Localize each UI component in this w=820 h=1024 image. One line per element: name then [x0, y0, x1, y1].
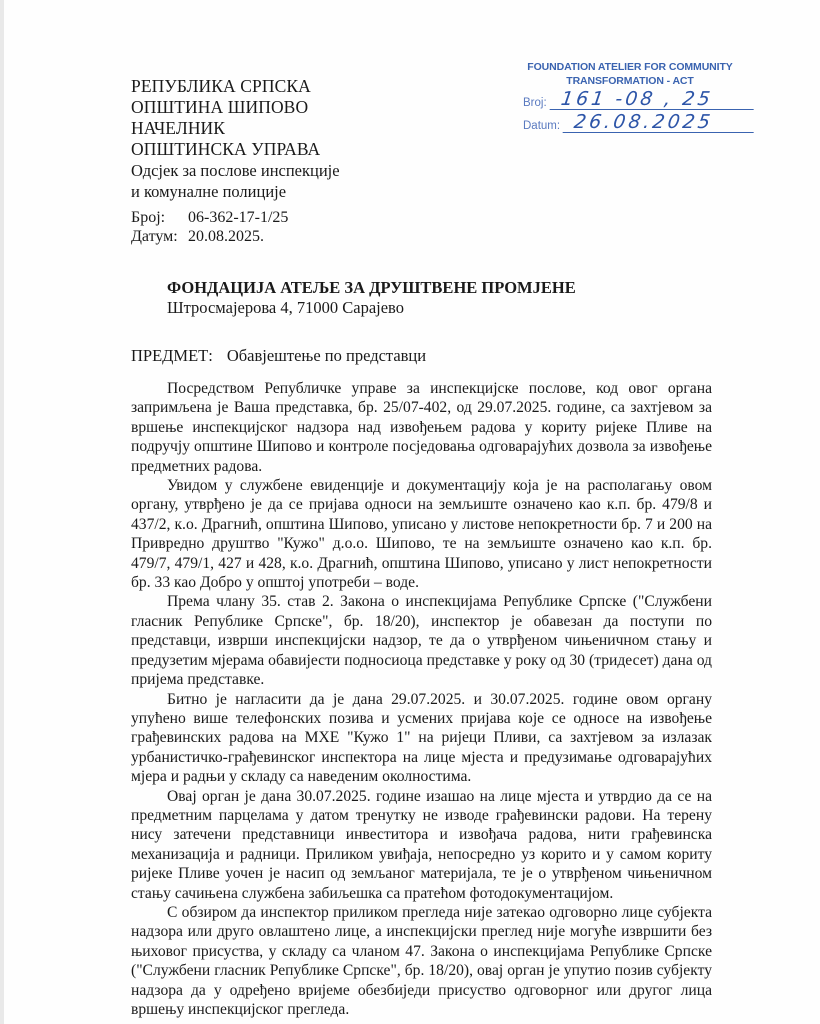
document-references: Број: 06-362-17-1/25 Датум: 20.08.2025. — [131, 208, 288, 246]
reference-number: 06-362-17-1/25 — [188, 208, 288, 227]
letterhead-line: ОПШТИНСКА УПРАВА — [131, 139, 340, 160]
letterhead-line: НАЧЕЛНИК — [131, 118, 340, 139]
stamp-number-handwritten: 161 -08 , 25 — [549, 90, 756, 110]
recipient-block: ФОНДАЦИЈА АТЕЉЕ ЗА ДРУШТВЕНЕ ПРОМЈЕНЕ Шт… — [167, 278, 576, 318]
body-paragraph: Посредством Републичке управе за инспекц… — [131, 379, 712, 476]
stamp-date-handwritten: 26.08.2025 — [563, 113, 757, 133]
reference-number-label: Број: — [131, 208, 188, 227]
body-paragraph: С обзиром да инспектор приликом прегледа… — [131, 903, 712, 1019]
letterhead-line: РЕПУБЛИКА СРПСКА — [131, 76, 340, 97]
receipt-stamp: FOUNDATION ATELIER FOR COMMUNITY TRANSFO… — [505, 60, 755, 133]
reference-date: 20.08.2025. — [188, 227, 264, 246]
body-paragraph: Овај орган је дана 30.07.2025. године из… — [131, 787, 712, 903]
stamp-date-label: Datum: — [523, 120, 560, 133]
stamp-number-label: Broj: — [523, 97, 547, 110]
subject-label: ПРЕДМЕТ: — [131, 346, 213, 366]
stamp-organization: FOUNDATION ATELIER FOR COMMUNITY — [505, 60, 755, 74]
letterhead-department: Одсјек за послове инспекције — [131, 160, 340, 181]
stamp-date-field: Datum: 26.08.2025 — [523, 111, 755, 133]
document-page: РЕПУБЛИКА СРПСКА ОПШТИНА ШИПОВО НАЧЕЛНИК… — [0, 0, 820, 1024]
recipient-address: Штросмајерова 4, 71000 Сарајево — [167, 298, 576, 318]
letterhead-line: ОПШТИНА ШИПОВО — [131, 97, 340, 118]
body-paragraph: Према члану 35. став 2. Закона о инспекц… — [131, 592, 712, 689]
stamp-number-field: Broj: 161 -08 , 25 — [523, 88, 755, 110]
stamp-organization: TRANSFORMATION - ACT — [505, 74, 755, 88]
letterhead-department: и комуналне полиције — [131, 181, 340, 202]
body-paragraph: Битно је нагласити да је дана 29.07.2025… — [131, 690, 712, 787]
letter-body: Посредством Републичке управе за инспекц… — [131, 379, 712, 1019]
scan-edge — [0, 0, 4, 1024]
body-paragraph: Увидом у службене евиденције и документа… — [131, 476, 712, 592]
letterhead: РЕПУБЛИКА СРПСКА ОПШТИНА ШИПОВО НАЧЕЛНИК… — [131, 76, 340, 202]
subject-line: ПРЕДМЕТ: Обавјештење по представци — [131, 346, 426, 366]
subject-text: Обавјештење по представци — [227, 346, 426, 366]
recipient-name: ФОНДАЦИЈА АТЕЉЕ ЗА ДРУШТВЕНЕ ПРОМЈЕНЕ — [167, 278, 576, 298]
reference-date-label: Датум: — [131, 227, 188, 246]
